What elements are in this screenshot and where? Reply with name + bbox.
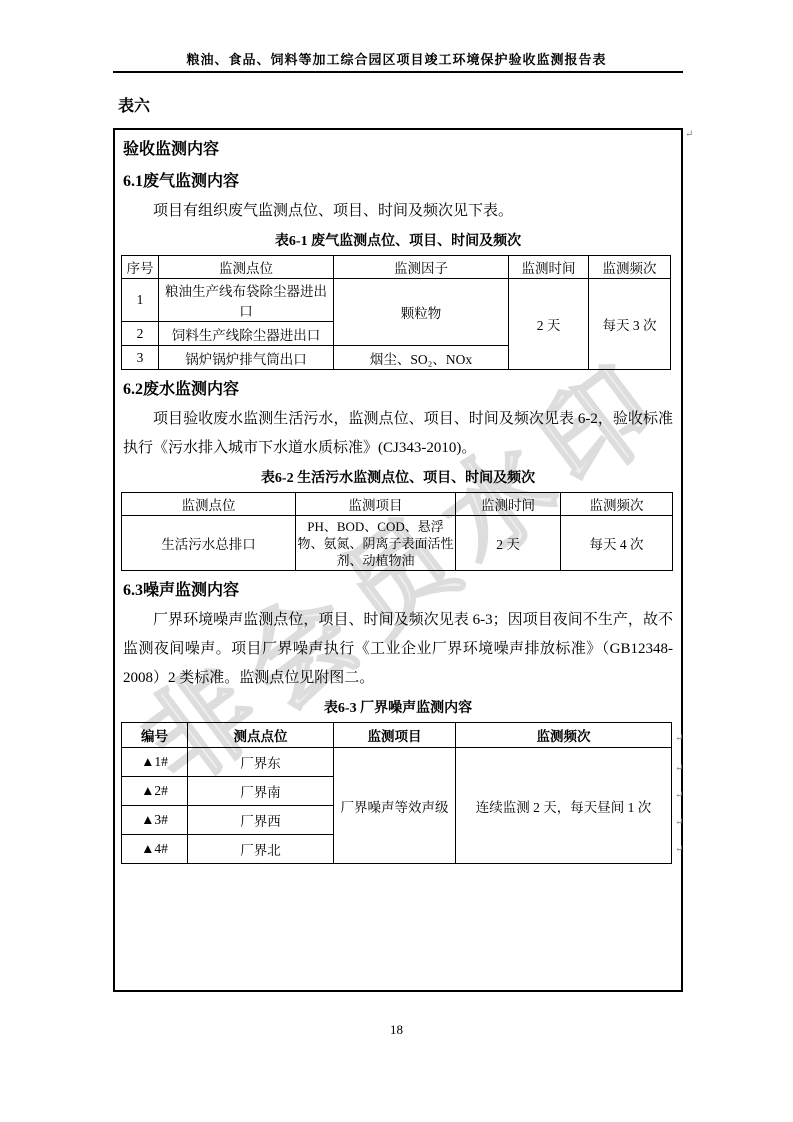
- point-id-cell: ▲1#: [122, 748, 188, 777]
- table-row: 编号 测点点位 监测项目 监测频次: [122, 723, 672, 748]
- monitor-factor-cell: 烟尘、SO₂、NOx: [334, 346, 509, 370]
- column-header: 编号: [122, 723, 188, 748]
- table-6-3-title: 表6-3 厂界噪声监测内容: [121, 699, 675, 719]
- column-header: 监测频次: [589, 256, 671, 279]
- paragraph-mark-icon: ↵: [675, 818, 683, 828]
- column-header: 监测点位: [159, 256, 334, 279]
- column-header: 监测项目: [296, 493, 456, 516]
- table-row: ▲1# 厂界东 厂界噪声等效声级 连续监测 2 天，每天昼间 1 次: [122, 748, 672, 777]
- column-header: 监测点位: [122, 493, 296, 516]
- table-6-2: 监测点位 监测项目 监测时间 监测频次 生活污水总排口 PH、BOD、COD、悬…: [121, 492, 673, 571]
- monitor-project-cell: 厂界噪声等效声级: [334, 748, 456, 864]
- row-number-cell: 1: [122, 279, 159, 322]
- section-6-3-heading: 6.3噪声监测内容: [123, 579, 675, 603]
- monitor-factor-cell: 颗粒物: [334, 279, 509, 346]
- section-6-1-heading: 6.1废气监测内容: [123, 170, 675, 194]
- page-number: 18: [0, 1022, 793, 1038]
- column-header: 监测时间: [456, 493, 561, 516]
- column-header: 监测频次: [561, 493, 673, 516]
- paragraph-mark-icon: ↵: [675, 764, 683, 774]
- column-header: 监测因子: [334, 256, 509, 279]
- monitor-frequency-cell: 每天 4 次: [561, 516, 673, 571]
- column-header: 测点点位: [188, 723, 334, 748]
- table-row: 1 粮油生产线布袋除尘器进出口 颗粒物 2 天 每天 3 次: [122, 279, 671, 322]
- section-6-2-paragraph: 项目验收废水监测生活污水，监测点位、项目、时间及频次见表 6-2，验收标准执行《…: [123, 405, 673, 463]
- point-id-cell: ▲3#: [122, 806, 188, 835]
- monitor-items-cell: PH、BOD、COD、悬浮物、氨氮、阴离子表面活性剂、动植物油: [296, 516, 456, 571]
- monitor-time-cell: 2 天: [456, 516, 561, 571]
- paragraph-mark-icon: ↵: [685, 130, 693, 140]
- monitor-point-cell: 饲料生产线除尘器进出口: [159, 322, 334, 346]
- table-row: 序号 监测点位 监测因子 监测时间 监测频次: [122, 256, 671, 279]
- column-header: 监测时间: [509, 256, 589, 279]
- header-divider: [113, 71, 683, 73]
- column-header: 监测项目: [334, 723, 456, 748]
- monitor-frequency-cell: 连续监测 2 天，每天昼间 1 次: [456, 748, 672, 864]
- monitor-point-cell: 厂界东: [188, 748, 334, 777]
- table-6-3: 编号 测点点位 监测项目 监测频次 ▲1# 厂界东 厂界噪声等效声级 连续监测 …: [121, 722, 672, 864]
- section-6-1-paragraph: 项目有组织废气监测点位、项目、时间及频次见下表。: [123, 197, 673, 226]
- table-row: 监测点位 监测项目 监测时间 监测频次: [122, 493, 673, 516]
- point-id-cell: ▲2#: [122, 777, 188, 806]
- table-row: 生活污水总排口 PH、BOD、COD、悬浮物、氨氮、阴离子表面活性剂、动植物油 …: [122, 516, 673, 571]
- row-number-cell: 3: [122, 346, 159, 370]
- table-6-1: 序号 监测点位 监测因子 监测时间 监测频次 1 粮油生产线布袋除尘器进出口 颗…: [121, 255, 671, 370]
- paragraph-mark-icon: ↵: [675, 791, 683, 801]
- paragraph-mark-icon: ↵: [675, 734, 683, 744]
- box-title: 验收监测内容: [123, 138, 675, 162]
- monitor-point-cell: 粮油生产线布袋除尘器进出口: [159, 279, 334, 322]
- row-number-cell: 2: [122, 322, 159, 346]
- section-6-3-paragraph: 厂界环境噪声监测点位，项目、时间及频次见表 6-3；因项目夜间不生产，故不监测夜…: [123, 606, 673, 693]
- table-six-label: 表六: [118, 93, 150, 116]
- monitor-point-cell: 生活污水总排口: [122, 516, 296, 571]
- monitor-time-cell: 2 天: [509, 279, 589, 370]
- section-6-2-heading: 6.2废水监测内容: [123, 378, 675, 402]
- column-header: 监测频次: [456, 723, 672, 748]
- table-6-3-container: 编号 测点点位 监测项目 监测频次 ▲1# 厂界东 厂界噪声等效声级 连续监测 …: [121, 722, 671, 864]
- table-6-1-title: 表6-1 废气监测点位、项目、时间及频次: [121, 232, 675, 252]
- paragraph-mark-icon: ↵: [675, 845, 683, 855]
- monitor-point-cell: 厂界南: [188, 777, 334, 806]
- monitor-point-cell: 厂界北: [188, 835, 334, 864]
- point-id-cell: ▲4#: [122, 835, 188, 864]
- column-header: 序号: [122, 256, 159, 279]
- content-box: 验收监测内容 6.1废气监测内容 项目有组织废气监测点位、项目、时间及频次见下表…: [113, 128, 683, 992]
- monitor-point-cell: 锅炉锅炉排气筒出口: [159, 346, 334, 370]
- monitor-point-cell: 厂界西: [188, 806, 334, 835]
- table-6-2-title: 表6-2 生活污水监测点位、项目、时间及频次: [121, 469, 675, 489]
- monitor-frequency-cell: 每天 3 次: [589, 279, 671, 370]
- document-header-title: 粮油、食品、饲料等加工综合园区项目竣工环境保护验收监测报告表: [0, 49, 793, 68]
